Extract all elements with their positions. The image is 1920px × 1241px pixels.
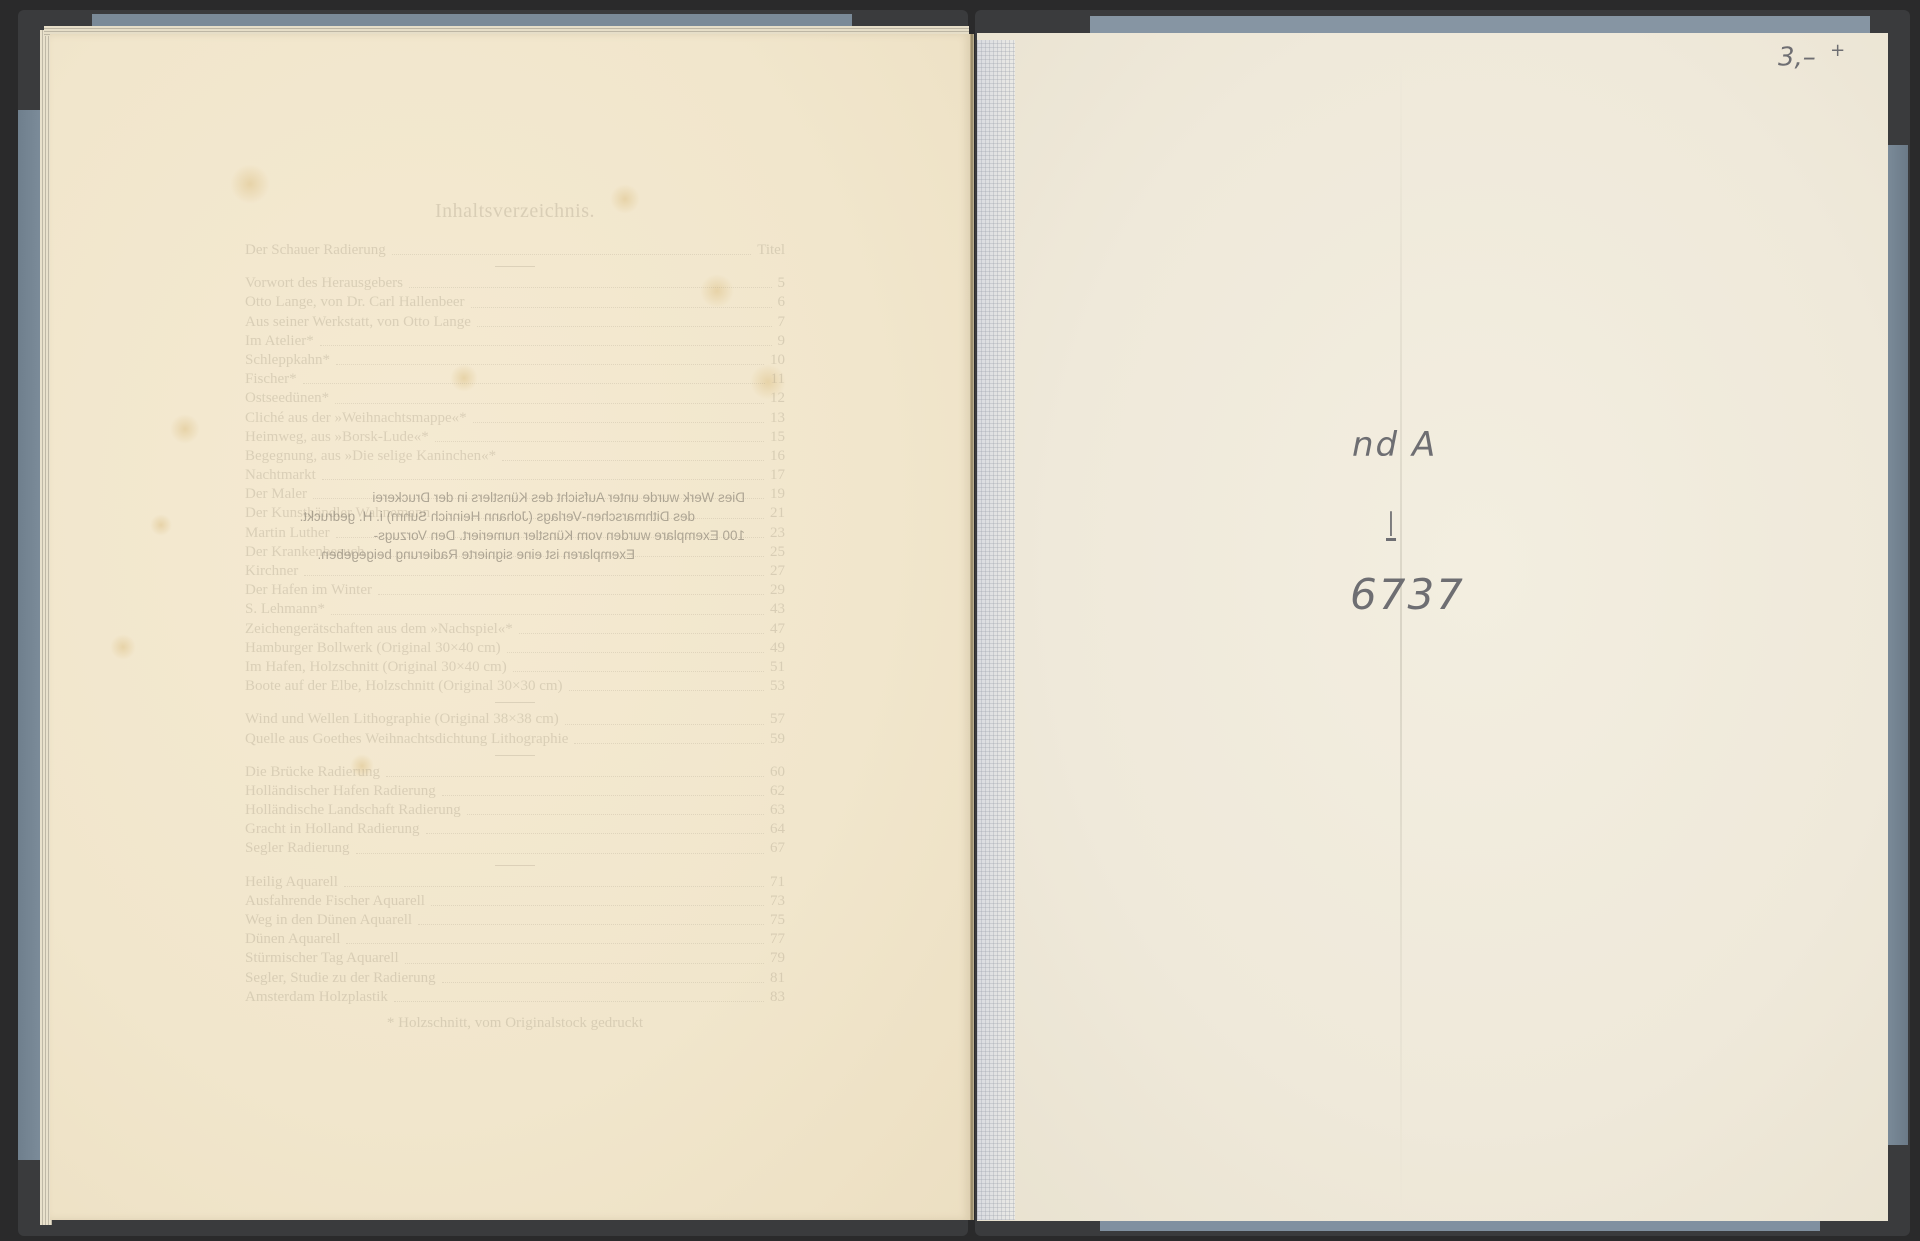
toc-entry-page: 6 bbox=[778, 293, 786, 312]
toc-leader-dots bbox=[320, 332, 772, 346]
toc-entry-page: 10 bbox=[770, 351, 785, 370]
toc-leader-dots bbox=[426, 820, 764, 834]
cover-cloth-top-right bbox=[1090, 16, 1870, 34]
handwritten-mark: + bbox=[1830, 40, 1845, 61]
toc-entry: Im Hafen, Holzschnitt (Original 30×40 cm… bbox=[245, 658, 785, 677]
toc-leader-dots bbox=[331, 600, 764, 614]
toc-entry: Der Schauer RadierungTitel bbox=[245, 241, 785, 260]
toc-entry-page: 60 bbox=[770, 763, 785, 782]
toc-leader-dots bbox=[471, 293, 772, 307]
toc-entry: Dünen Aquarell77 bbox=[245, 930, 785, 949]
toc-entry-label: Schleppkahn* bbox=[245, 351, 330, 370]
handwritten-shelfmark-line1: nd A bbox=[1352, 425, 1437, 465]
toc-entry-label: Vorwort des Herausgebers bbox=[245, 274, 403, 293]
foxing-spot bbox=[150, 514, 172, 536]
toc-entry: Begegnung, aus »Die selige Kaninchen«*16 bbox=[245, 447, 785, 466]
handwritten-price: 3,– + bbox=[1778, 40, 1845, 73]
toc-leader-dots bbox=[473, 409, 764, 423]
toc-entry-page: 47 bbox=[770, 620, 785, 639]
toc-section-divider bbox=[245, 749, 785, 763]
toc-leader-dots bbox=[322, 466, 764, 480]
foxing-spot bbox=[230, 164, 270, 204]
toc-entry: Cliché aus der »Weihnachtsmappe«*13 bbox=[245, 409, 785, 428]
toc-entry: Holländischer Hafen Radierung62 bbox=[245, 782, 785, 801]
toc-leader-dots bbox=[344, 873, 764, 887]
book-gutter bbox=[970, 34, 974, 1220]
toc-entry-label: Holländischer Hafen Radierung bbox=[245, 782, 436, 801]
toc-entry: Die Brücke Radierung60 bbox=[245, 763, 785, 782]
toc-entry-page: 57 bbox=[770, 710, 785, 729]
toc-entry-label: Cliché aus der »Weihnachtsmappe«* bbox=[245, 409, 467, 428]
toc-leader-dots bbox=[418, 911, 764, 925]
toc-entry-label: Segler Radierung bbox=[245, 839, 350, 858]
handwritten-shelfmark-line3: 6737 bbox=[1350, 570, 1465, 619]
toc-entry-label: Ausfahrende Fischer Aquarell bbox=[245, 892, 425, 911]
toc-leader-dots bbox=[502, 447, 764, 461]
toc-entry-label: Segler, Studie zu der Radierung bbox=[245, 969, 436, 988]
toc-entry: Ausfahrende Fischer Aquarell73 bbox=[245, 892, 785, 911]
toc-leader-dots bbox=[405, 949, 764, 963]
toc-leader-dots bbox=[513, 658, 764, 672]
toc-entry-page: 75 bbox=[770, 911, 785, 930]
toc-entry: Gracht in Holland Radierung64 bbox=[245, 820, 785, 839]
toc-leader-dots bbox=[409, 274, 771, 288]
toc-entry: Der Hafen im Winter29 bbox=[245, 581, 785, 600]
toc-leader-dots bbox=[467, 801, 764, 815]
toc-leader-dots bbox=[565, 710, 764, 724]
toc-entry-label: Zeichengerätschaften aus dem »Nachspiel«… bbox=[245, 620, 513, 639]
toc-entry-page: 16 bbox=[770, 447, 785, 466]
right-page bbox=[977, 33, 1888, 1221]
toc-entry-label: Stürmischer Tag Aquarell bbox=[245, 949, 399, 968]
toc-entry-label: Nachtmarkt bbox=[245, 466, 316, 485]
colophon-line: Dies Werk wurde unter Aufsicht des Künst… bbox=[245, 488, 745, 507]
toc-leader-dots bbox=[519, 620, 764, 634]
toc-leader-dots bbox=[431, 892, 764, 906]
toc-leader-dots bbox=[378, 581, 764, 595]
bleed-through-table-of-contents: Inhaltsverzeichnis. Der Schauer Radierun… bbox=[245, 200, 785, 1032]
toc-entry-label: Boote auf der Elbe, Holzschnitt (Origina… bbox=[245, 677, 563, 696]
toc-entry-page: Titel bbox=[757, 241, 785, 260]
toc-entry-page: 23 bbox=[770, 524, 785, 543]
toc-entry: Holländische Landschaft Radierung63 bbox=[245, 801, 785, 820]
toc-leader-dots bbox=[335, 389, 764, 403]
toc-title: Inhaltsverzeichnis. bbox=[245, 200, 785, 223]
toc-entry: Hamburger Bollwerk (Original 30×40 cm)49 bbox=[245, 639, 785, 658]
toc-entry-label: Fischer* bbox=[245, 370, 297, 389]
toc-entry-label: Amsterdam Holzplastik bbox=[245, 988, 388, 1007]
toc-entry: Weg in den Dünen Aquarell75 bbox=[245, 911, 785, 930]
page-crease bbox=[1400, 60, 1402, 1210]
toc-entry: Fischer*11 bbox=[245, 370, 785, 389]
toc-leader-dots bbox=[442, 969, 764, 983]
toc-entry-page: 19 bbox=[770, 485, 785, 504]
toc-entry-label: S. Lehmann* bbox=[245, 600, 325, 619]
toc-entry: Vorwort des Herausgebers5 bbox=[245, 274, 785, 293]
toc-entry-page: 13 bbox=[770, 409, 785, 428]
toc-entry-label: Hamburger Bollwerk (Original 30×40 cm) bbox=[245, 639, 501, 658]
toc-section-divider bbox=[245, 859, 785, 873]
toc-entry-page: 51 bbox=[770, 658, 785, 677]
toc-entry: Nachtmarkt17 bbox=[245, 466, 785, 485]
toc-section-divider bbox=[245, 260, 785, 274]
toc-leader-dots bbox=[356, 839, 764, 853]
toc-entry: Aus seiner Werkstatt, von Otto Lange7 bbox=[245, 313, 785, 332]
toc-entry: Amsterdam Holzplastik83 bbox=[245, 988, 785, 1007]
toc-entry: Ostseedünen*12 bbox=[245, 389, 785, 408]
toc-entry-page: 49 bbox=[770, 639, 785, 658]
toc-entry-label: Begegnung, aus »Die selige Kaninchen«* bbox=[245, 447, 496, 466]
toc-leader-dots bbox=[346, 930, 764, 944]
cover-cloth-bottom-right bbox=[1100, 1221, 1820, 1231]
toc-entry-page: 77 bbox=[770, 930, 785, 949]
toc-entry-label: Quelle aus Goethes Weihnachtsdichtung Li… bbox=[245, 730, 568, 749]
toc-entry-page: 27 bbox=[770, 562, 785, 581]
cover-cloth-right-edge bbox=[1888, 145, 1908, 1145]
cover-cloth-left-edge bbox=[18, 110, 40, 1160]
toc-leader-dots bbox=[477, 313, 772, 327]
toc-leader-dots bbox=[442, 782, 764, 796]
toc-section-divider bbox=[245, 696, 785, 710]
toc-entry-label: Der Schauer Radierung bbox=[245, 241, 386, 260]
toc-entry: Stürmischer Tag Aquarell79 bbox=[245, 949, 785, 968]
toc-entry: S. Lehmann*43 bbox=[245, 600, 785, 619]
toc-entry: Zeichengerätschaften aus dem »Nachspiel«… bbox=[245, 620, 785, 639]
toc-entry-label: Heilig Aquarell bbox=[245, 873, 338, 892]
toc-entry-page: 9 bbox=[778, 332, 786, 351]
toc-entry: Boote auf der Elbe, Holzschnitt (Origina… bbox=[245, 677, 785, 696]
mirrored-colophon: Dies Werk wurde unter Aufsicht des Künst… bbox=[245, 488, 745, 564]
toc-entry-page: 25 bbox=[770, 543, 785, 562]
foxing-spot bbox=[170, 414, 200, 444]
toc-entry-label: Otto Lange, von Dr. Carl Hallenbeer bbox=[245, 293, 465, 312]
toc-entry-page: 67 bbox=[770, 839, 785, 858]
toc-entry-label: Die Brücke Radierung bbox=[245, 763, 380, 782]
toc-entry-page: 71 bbox=[770, 873, 785, 892]
toc-footnote: * Holzschnitt, vom Originalstock gedruck… bbox=[245, 1015, 785, 1032]
toc-entry: Quelle aus Goethes Weihnachtsdichtung Li… bbox=[245, 730, 785, 749]
toc-entry-page: 81 bbox=[770, 969, 785, 988]
toc-leader-dots bbox=[394, 988, 764, 1002]
toc-entry-page: 5 bbox=[778, 274, 786, 293]
toc-leader-dots bbox=[574, 730, 764, 744]
toc-entry-page: 62 bbox=[770, 782, 785, 801]
toc-entry: Im Atelier*9 bbox=[245, 332, 785, 351]
toc-entry-label: Aus seiner Werkstatt, von Otto Lange bbox=[245, 313, 471, 332]
toc-entry-label: Holländische Landschaft Radierung bbox=[245, 801, 461, 820]
colophon-line: des Dithmarschen-Verlags (Johann Heinric… bbox=[245, 507, 745, 526]
toc-entry-page: 12 bbox=[770, 389, 785, 408]
toc-entry: Otto Lange, von Dr. Carl Hallenbeer6 bbox=[245, 293, 785, 312]
toc-entry-page: 29 bbox=[770, 581, 785, 600]
toc-entry-page: 79 bbox=[770, 949, 785, 968]
toc-entry-page: 7 bbox=[778, 313, 786, 332]
toc-entry-label: Ostseedünen* bbox=[245, 389, 329, 408]
toc-entry: Schleppkahn*10 bbox=[245, 351, 785, 370]
handwritten-shelfmark-line2: I bbox=[1386, 505, 1396, 545]
binding-gauze-strip bbox=[977, 40, 1015, 1220]
toc-entry-label: Der Hafen im Winter bbox=[245, 581, 372, 600]
toc-entry-page: 59 bbox=[770, 730, 785, 749]
toc-entry-page: 73 bbox=[770, 892, 785, 911]
toc-entry-page: 21 bbox=[770, 504, 785, 523]
toc-entry-page: 17 bbox=[770, 466, 785, 485]
toc-entry-label: Heimweg, aus »Borsk-Lude«* bbox=[245, 428, 429, 447]
toc-entry-label: Weg in den Dünen Aquarell bbox=[245, 911, 412, 930]
toc-entry-label: Gracht in Holland Radierung bbox=[245, 820, 420, 839]
toc-entry-label: Wind und Wellen Lithographie (Original 3… bbox=[245, 710, 559, 729]
toc-entry-page: 53 bbox=[770, 677, 785, 696]
toc-leader-dots bbox=[304, 562, 764, 576]
toc-leader-dots bbox=[303, 370, 765, 384]
colophon-line: Exemplaren ist eine signierte Radierung … bbox=[245, 545, 745, 564]
toc-entry-page: 15 bbox=[770, 428, 785, 447]
toc-entry-label: Im Atelier* bbox=[245, 332, 314, 351]
toc-leader-dots bbox=[386, 763, 764, 777]
toc-entry: Heimweg, aus »Borsk-Lude«*15 bbox=[245, 428, 785, 447]
toc-entry-page: 11 bbox=[771, 370, 785, 389]
toc-entry-label: Im Hafen, Holzschnitt (Original 30×40 cm… bbox=[245, 658, 507, 677]
toc-leader-dots bbox=[392, 241, 751, 255]
toc-leader-dots bbox=[569, 677, 764, 691]
colophon-line: 100 Exemplare wurden vom Künstler numeri… bbox=[245, 526, 745, 545]
toc-entry-label: Kirchner bbox=[245, 562, 298, 581]
toc-entry-page: 63 bbox=[770, 801, 785, 820]
toc-entry: Segler, Studie zu der Radierung81 bbox=[245, 969, 785, 988]
toc-entry-page: 83 bbox=[770, 988, 785, 1007]
toc-entry-page: 43 bbox=[770, 600, 785, 619]
toc-entry: Segler Radierung67 bbox=[245, 839, 785, 858]
toc-entry: Heilig Aquarell71 bbox=[245, 873, 785, 892]
toc-entry: Wind und Wellen Lithographie (Original 3… bbox=[245, 710, 785, 729]
toc-leader-dots bbox=[336, 351, 764, 365]
toc-entry-label: Dünen Aquarell bbox=[245, 930, 340, 949]
toc-entry: Kirchner27 bbox=[245, 562, 785, 581]
foxing-spot bbox=[110, 634, 136, 660]
toc-leader-dots bbox=[435, 428, 764, 442]
toc-body: Der Schauer RadierungTitelVorwort des He… bbox=[245, 241, 785, 1007]
toc-entry-page: 64 bbox=[770, 820, 785, 839]
toc-leader-dots bbox=[507, 639, 764, 653]
